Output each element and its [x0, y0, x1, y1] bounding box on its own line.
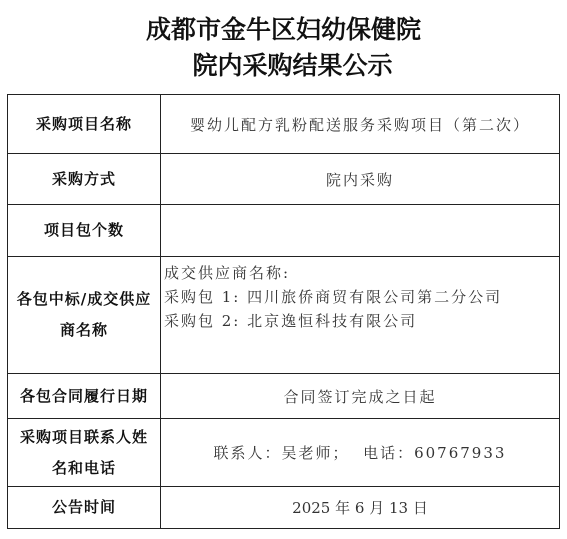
label-line: 名和电话 [8, 453, 160, 484]
label-contract-period: 各包合同履行日期 [8, 374, 161, 419]
value-contact: 联系人：吴老师； 电话：60767933 [161, 419, 560, 487]
procurement-result-table: 采购项目名称 婴幼儿配方乳粉配送服务采购项目（第二次） 采购方式 院内采购 项目… [7, 94, 560, 529]
supplier-package-2: 采购包 2: 北京逸恒科技有限公司 [164, 309, 559, 333]
notice-title-line1: 成都市金牛区妇幼保健院 [0, 10, 567, 46]
label-line: 采购项目联系人姓 [8, 422, 160, 453]
table-row-contact: 采购项目联系人姓 名和电话 联系人：吴老师； 电话：60767933 [8, 419, 560, 487]
label-project-name: 采购项目名称 [8, 95, 161, 154]
notice-title-line2: 院内采购结果公示 [0, 46, 567, 82]
value-contract-period: 合同签订完成之日起 [161, 374, 560, 419]
label-announcement-date: 公告时间 [8, 487, 161, 529]
label-line: 各包中标/成交供应 [8, 284, 160, 315]
table-row-procurement-method: 采购方式 院内采购 [8, 154, 560, 205]
value-procurement-method: 院内采购 [161, 154, 560, 205]
value-package-count [161, 205, 560, 257]
value-announcement-date: 2025 年 6 月 13 日 [161, 487, 560, 529]
table-row-project-name: 采购项目名称 婴幼儿配方乳粉配送服务采购项目（第二次） [8, 95, 560, 154]
label-line: 商名称 [8, 315, 160, 346]
table-row-package-count: 项目包个数 [8, 205, 560, 257]
table-row-contract-period: 各包合同履行日期 合同签订完成之日起 [8, 374, 560, 419]
supplier-heading: 成交供应商名称: [164, 261, 559, 285]
value-project-name: 婴幼儿配方乳粉配送服务采购项目（第二次） [161, 95, 560, 154]
label-contact: 采购项目联系人姓 名和电话 [8, 419, 161, 487]
label-winning-suppliers: 各包中标/成交供应 商名称 [8, 257, 161, 374]
label-package-count: 项目包个数 [8, 205, 161, 257]
supplier-package-1: 采购包 1: 四川旅侨商贸有限公司第二分公司 [164, 285, 559, 309]
value-winning-suppliers: 成交供应商名称: 采购包 1: 四川旅侨商贸有限公司第二分公司 采购包 2: 北… [161, 257, 560, 374]
table-row-announcement-date: 公告时间 2025 年 6 月 13 日 [8, 487, 560, 529]
table-row-winning-suppliers: 各包中标/成交供应 商名称 成交供应商名称: 采购包 1: 四川旅侨商贸有限公司… [8, 257, 560, 374]
label-procurement-method: 采购方式 [8, 154, 161, 205]
